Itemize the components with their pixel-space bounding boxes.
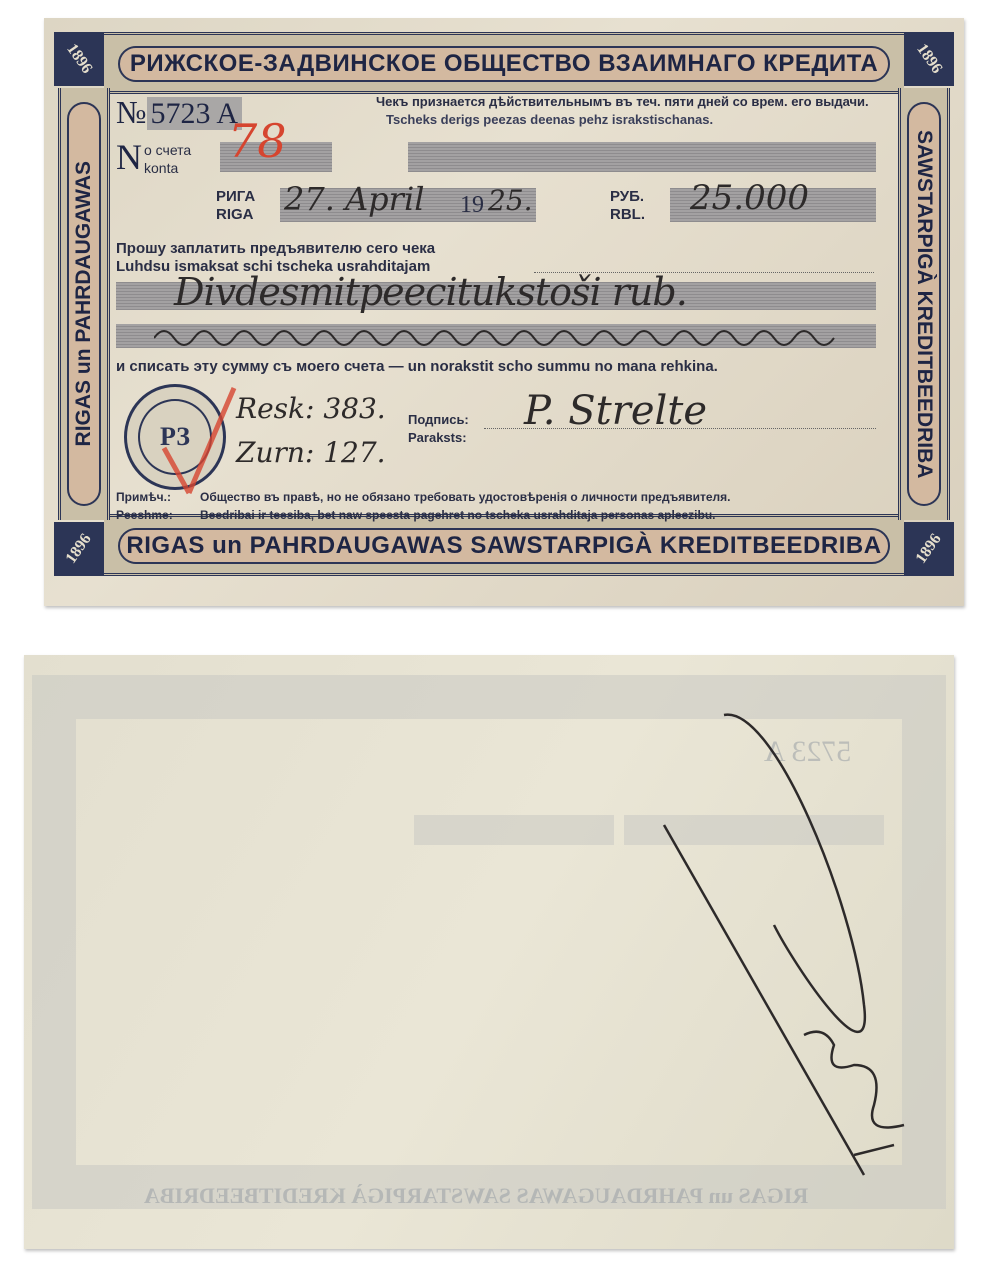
date-handwritten: 27. April xyxy=(284,180,424,218)
account-label-lv: konta xyxy=(144,160,178,176)
red-check-mark xyxy=(154,378,244,498)
year-badge-top-left: 1896 xyxy=(54,32,104,86)
account-no-sign: N xyxy=(116,136,142,178)
year-handwritten: 25. xyxy=(488,184,533,217)
account-number-red: 78 xyxy=(228,114,287,168)
year-text: 1896 xyxy=(62,531,95,568)
year-text: 1896 xyxy=(912,41,945,78)
note-label-ru: Примѣч.: xyxy=(116,490,171,504)
ghost-field xyxy=(414,815,614,845)
year-badge-bottom-left: 1896 xyxy=(54,522,104,576)
city-label-ru: РИГА xyxy=(216,188,255,205)
amount-words-handwritten: Divdesmitpeecitukstoši rub. xyxy=(174,270,687,314)
signature-label-lv: Paraksts: xyxy=(408,430,467,445)
cheque-number: №5723 A xyxy=(116,94,242,131)
debit-line: и списать эту сумму съ моего счета — un … xyxy=(116,358,718,375)
cheque-back: RIGAS un PAHRDAUGAWAS SAWSTARPIGÀ KREDIT… xyxy=(24,655,954,1249)
endorsement-signature-strokes xyxy=(624,705,924,1205)
bank-title-ru: РИЖСКОЕ-ЗАДВИНСКОЕ ОБЩЕСТВО ВЗАИМНАГО КР… xyxy=(118,46,890,82)
right-band: SAWSTARPIGÀ KREDITBEEDRIBA xyxy=(898,88,950,520)
bottom-band: RIGAS un PAHRDAUGAWAS SAWSTARPIGÀ KREDIT… xyxy=(104,514,904,576)
validity-lv: Tscheks derigs peezas deenas pehz israks… xyxy=(386,112,713,127)
amount-handwritten: 25.000 xyxy=(690,178,809,218)
year-printed: 19 xyxy=(460,192,484,219)
year-badge-bottom-right: 1896 xyxy=(904,522,954,576)
year-text: 1896 xyxy=(912,531,945,568)
bank-title-lv: RIGAS un PAHRDAUGAWAS SAWSTARPIGÀ KREDIT… xyxy=(118,528,890,564)
side-text-left-container: RIGAS un PAHRDAUGAWAS xyxy=(67,102,101,506)
note-text-lv: Beedribai ir teesiba, bet naw speesta pa… xyxy=(200,508,716,522)
top-band: РИЖСКОЕ-ЗАДВИНСКОЕ ОБЩЕСТВО ВЗАИМНАГО КР… xyxy=(104,32,904,94)
side-text-left: RIGAS un PAHRDAUGAWAS xyxy=(72,161,96,446)
year-badge-top-right: 1896 xyxy=(904,32,954,86)
side-text-right-container: SAWSTARPIGÀ KREDITBEEDRIBA xyxy=(907,102,941,506)
validity-ru: Чекъ признается дѣйствительнымъ въ теч. … xyxy=(376,94,869,109)
currency-label-ru: РУБ. xyxy=(610,188,644,205)
account-label-ru: о счета xyxy=(144,142,191,158)
cheque-front: РИЖСКОЕ-ЗАДВИНСКОЕ ОБЩЕСТВО ВЗАИМНАГО КР… xyxy=(44,18,964,606)
number-sign: № xyxy=(116,94,147,130)
notes-handwritten-2: Zurn: 127. xyxy=(236,436,386,469)
account-name-field xyxy=(408,142,876,172)
year-text: 1896 xyxy=(62,41,95,78)
pay-line-ru: Прошу заплатить предъявителю сего чека xyxy=(116,240,435,257)
signature-label-ru: Подпись: xyxy=(408,412,469,427)
side-text-right: SAWSTARPIGÀ KREDITBEEDRIBA xyxy=(912,130,936,478)
left-band: RIGAS un PAHRDAUGAWAS xyxy=(58,88,110,520)
notes-handwritten-1: Resk: 383. xyxy=(236,392,386,425)
cancel-squiggle xyxy=(154,318,874,354)
signature-handwritten: P. Strelte xyxy=(524,388,707,434)
ghost-left-band xyxy=(32,719,76,1165)
city-label-lv: RIGA xyxy=(216,206,254,223)
note-text-ru: Общество въ правѣ, но не обязано требова… xyxy=(200,490,730,504)
currency-label-lv: RBL. xyxy=(610,206,645,223)
note-label-lv: Peeshme: xyxy=(116,508,173,522)
